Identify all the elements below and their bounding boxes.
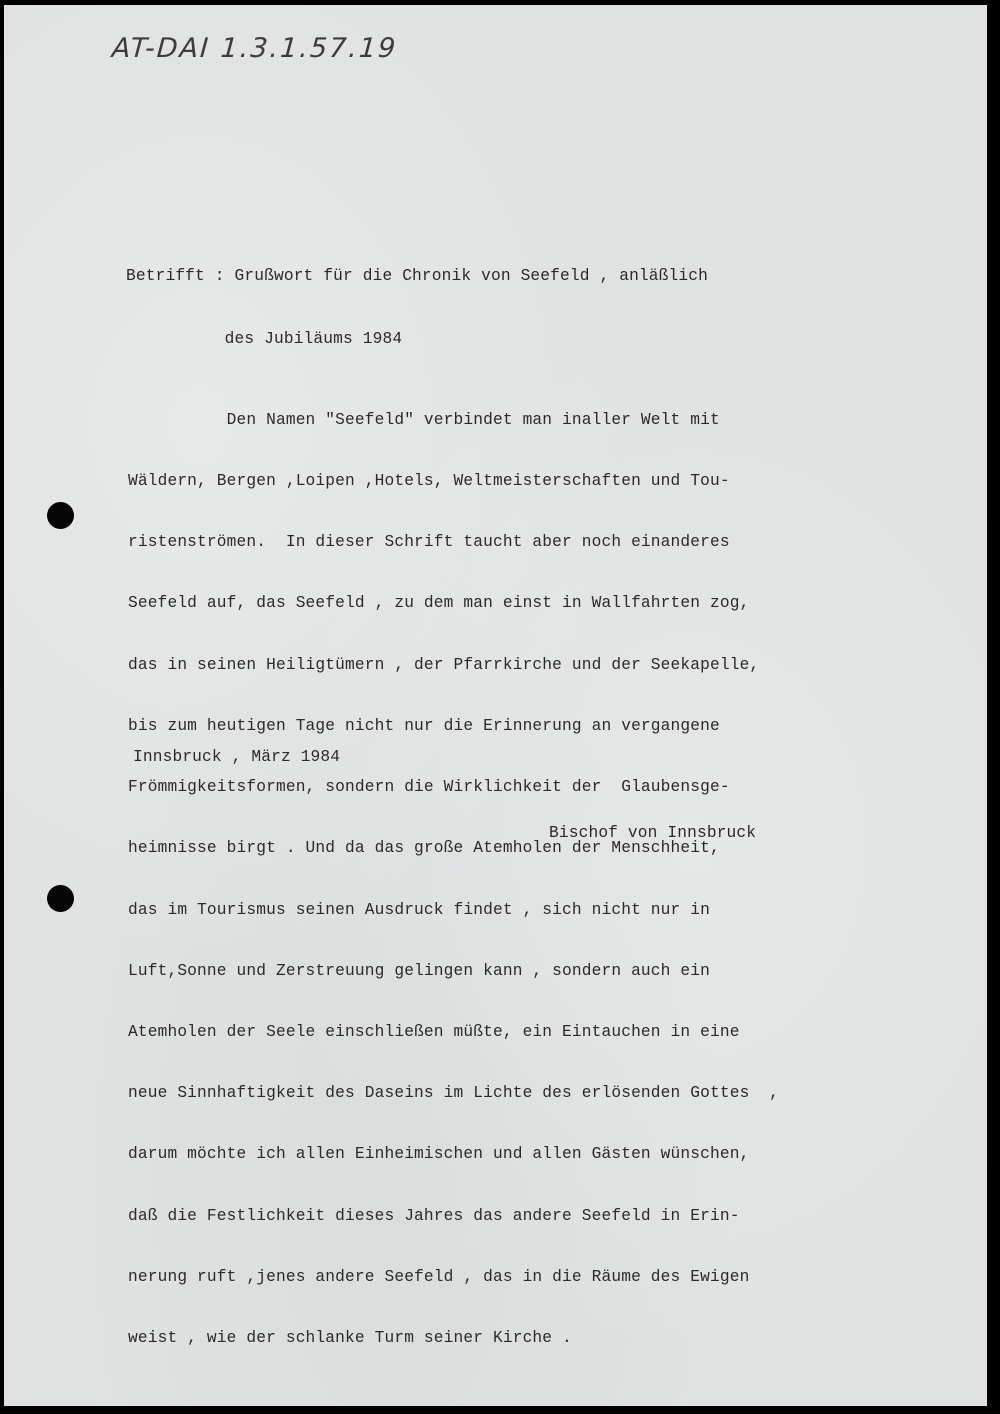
punch-hole-icon: [47, 502, 74, 529]
body-line: darum möchte ich allen Einheimischen und…: [128, 1144, 779, 1164]
body-line: weist , wie der schlanke Turm seiner Kir…: [128, 1328, 779, 1348]
body-line: neue Sinnhaftigkeit des Daseins im Licht…: [128, 1083, 779, 1103]
body-line: das in seinen Heiligtümern , der Pfarrki…: [128, 655, 779, 675]
scanned-letter-page: AT-DAI 1.3.1.57.19 Betrifft : Grußwort f…: [4, 5, 987, 1406]
body-line: Wäldern, Bergen ,Loipen ,Hotels, Weltmei…: [128, 471, 779, 491]
body-line: Atemholen der Seele einschließen müßte, …: [128, 1022, 779, 1042]
punch-hole-icon: [47, 885, 74, 912]
subject-line-1: Betrifft : Grußwort für die Chronik von …: [126, 266, 708, 287]
archive-reference-handwritten: AT-DAI 1.3.1.57.19: [111, 33, 398, 64]
body-line: bis zum heutigen Tage nicht nur die Erin…: [128, 716, 779, 736]
body-line: nerung ruft ,jenes andere Seefeld , das …: [128, 1267, 779, 1287]
place-and-date: Innsbruck , März 1984: [133, 748, 340, 766]
body-line: das im Tourismus seinen Ausdruck findet …: [128, 900, 779, 920]
subject-line-2: des Jubiläums 1984: [126, 329, 708, 350]
body-line: Seefeld auf, das Seefeld , zu dem man ei…: [128, 593, 779, 613]
signature-line: Bischof von Innsbruck: [549, 824, 756, 842]
subject-line: Betrifft : Grußwort für die Chronik von …: [126, 224, 708, 392]
body-line: Frömmigkeitsformen, sondern die Wirklich…: [128, 777, 779, 797]
body-line: ristenströmen. In dieser Schrift taucht …: [128, 532, 779, 552]
letter-body: Den Namen "Seefeld" verbindet man inalle…: [128, 369, 779, 1389]
body-line: daß die Festlichkeit dieses Jahres das a…: [128, 1206, 779, 1226]
body-line: Den Namen "Seefeld" verbindet man inalle…: [128, 410, 779, 430]
body-line: Luft,Sonne und Zerstreuung gelingen kann…: [128, 961, 779, 981]
